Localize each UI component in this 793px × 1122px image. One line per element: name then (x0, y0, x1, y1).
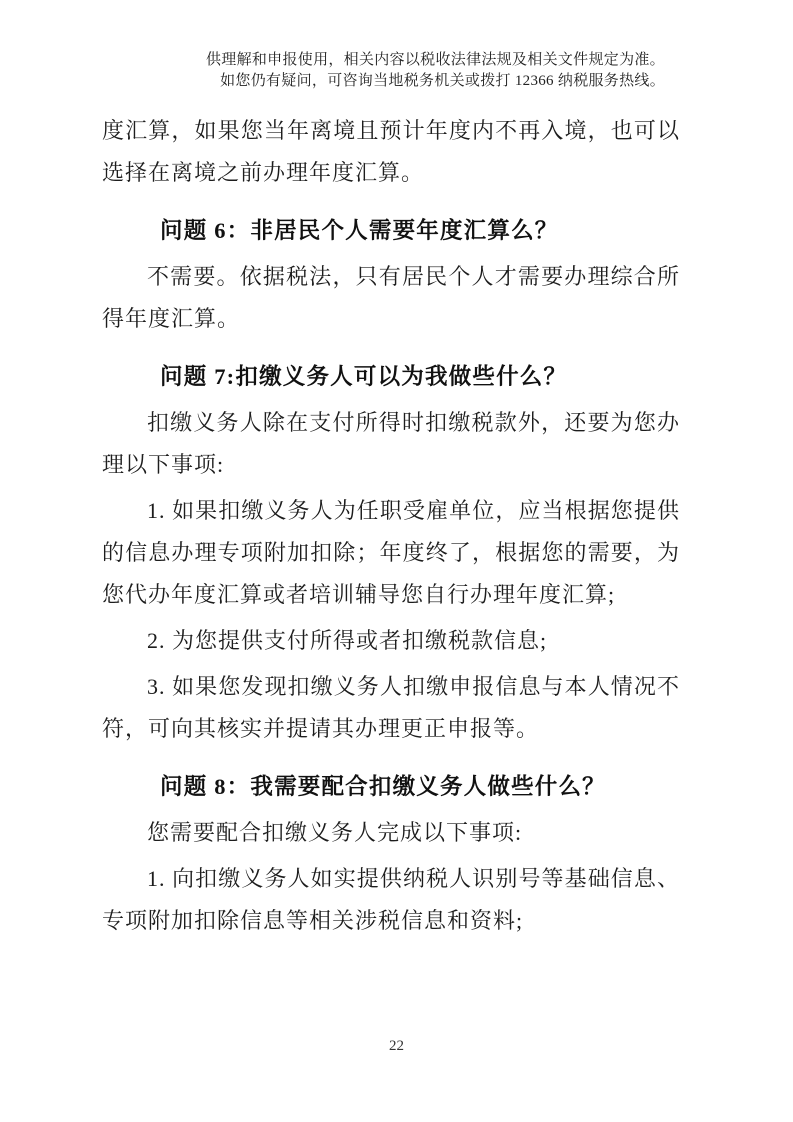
document-body: 度汇算，如果您当年离境且预计年度内不再入境，也可以选择在离境之前办理年度汇算。问… (102, 110, 680, 946)
body-paragraph: 您需要配合扣缴义务人完成以下事项: (102, 812, 680, 854)
page-header-note: 供理解和申报使用，相关内容以税收法律法规及相关文件规定为准。 如您仍有疑问，可咨… (206, 50, 665, 92)
body-paragraph: 度汇算，如果您当年离境且预计年度内不再入境，也可以选择在离境之前办理年度汇算。 (102, 110, 680, 194)
body-paragraph: 扣缴义务人除在支付所得时扣缴税款外，还要为您办理以下事项: (102, 402, 680, 486)
body-paragraph: 不需要。依据税法，只有居民个人才需要办理综合所得年度汇算。 (102, 256, 680, 340)
header-note-line-2: 如您仍有疑问，可咨询当地税务机关或拨打 12366 纳税服务热线。 (206, 71, 665, 92)
body-paragraph: 1. 向扣缴义务人如实提供纳税人识别号等基础信息、专项附加扣除信息等相关涉税信息… (102, 858, 680, 942)
document-page: 供理解和申报使用，相关内容以税收法律法规及相关文件规定为准。 如您仍有疑问，可咨… (0, 0, 793, 1122)
page-number: 22 (0, 1038, 793, 1055)
question-heading: 问题 8：我需要配合扣缴义务人做些什么？ (102, 766, 680, 808)
body-paragraph: 2. 为您提供支付所得或者扣缴税款信息; (102, 620, 680, 662)
body-paragraph: 1. 如果扣缴义务人为任职受雇单位，应当根据您提供的信息办理专项附加扣除；年度终… (102, 490, 680, 616)
question-heading: 问题 7:扣缴义务人可以为我做些什么？ (102, 356, 680, 398)
body-paragraph: 3. 如果您发现扣缴义务人扣缴申报信息与本人情况不符，可向其核实并提请其办理更正… (102, 666, 680, 750)
header-note-line-1: 供理解和申报使用，相关内容以税收法律法规及相关文件规定为准。 (206, 50, 665, 71)
question-heading: 问题 6：非居民个人需要年度汇算么？ (102, 210, 680, 252)
